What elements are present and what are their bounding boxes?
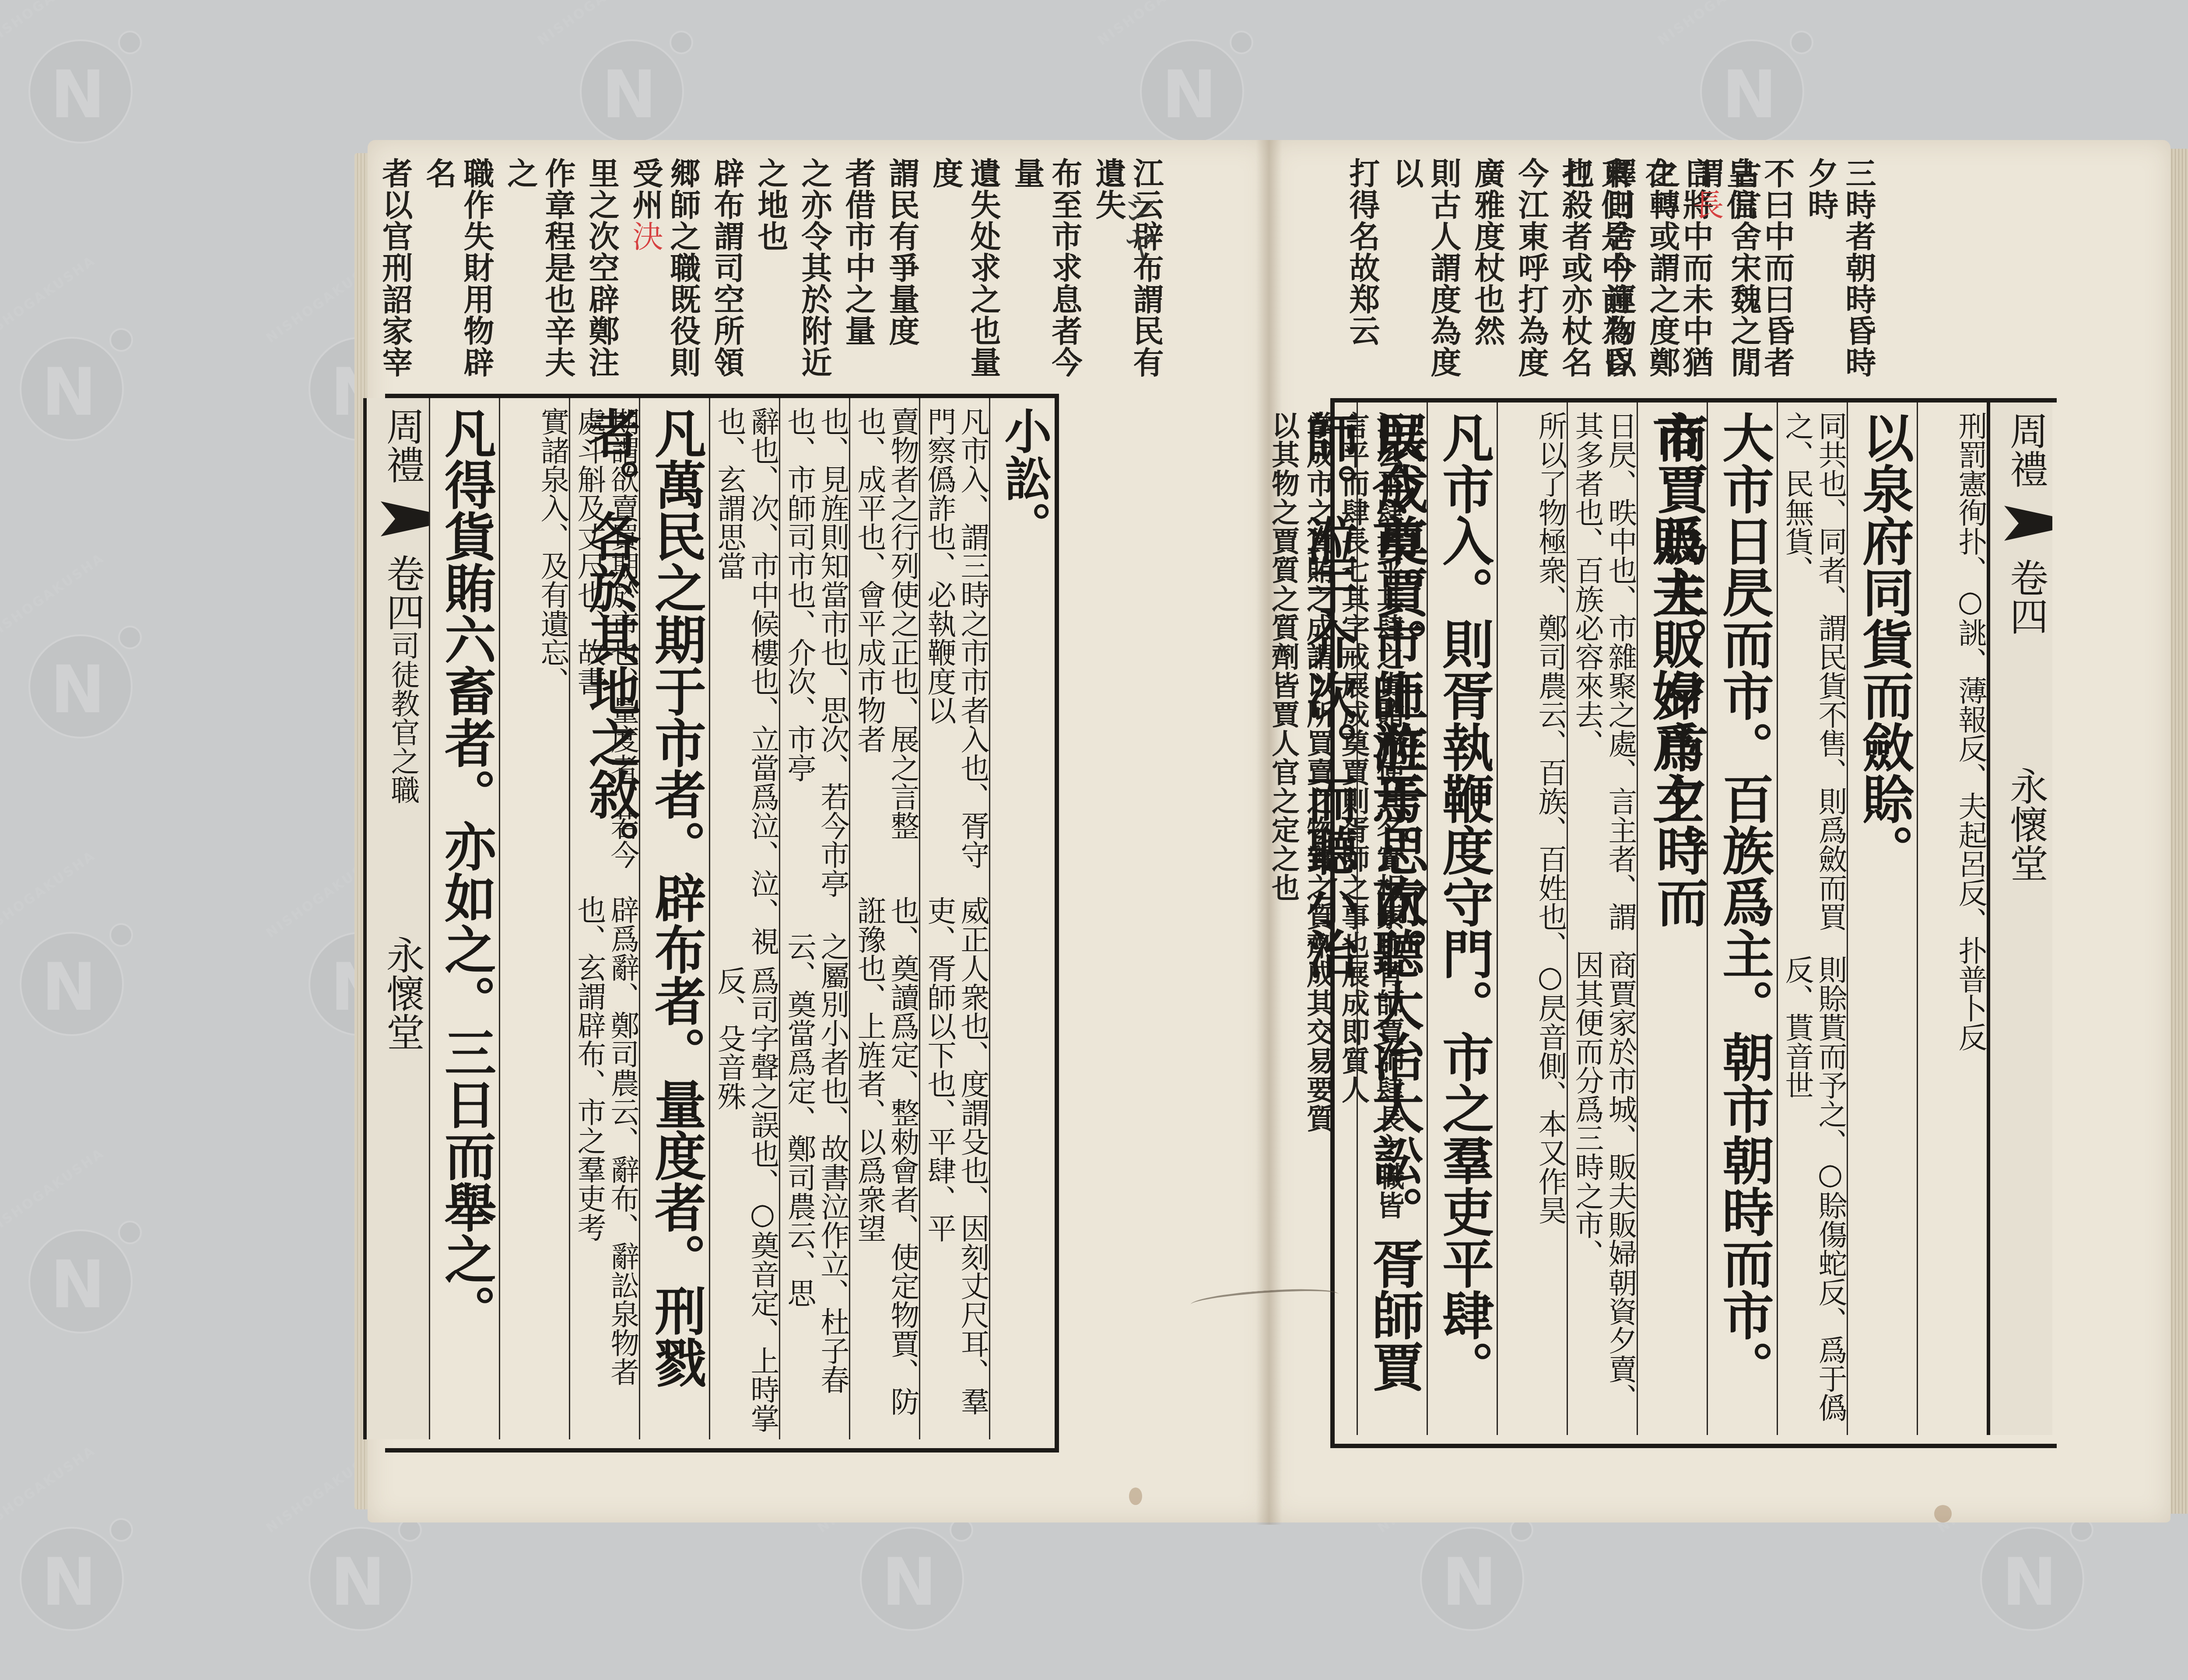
watermark-text: NISHOGAKUSHA (0, 550, 107, 644)
volume-label: 卷四 (367, 554, 429, 631)
paper-stain (1129, 1487, 1142, 1505)
watermark-text: NISHOGAKUSHA (1095, 0, 1219, 49)
watermark-disc-icon (20, 1527, 124, 1631)
watermark-text: NISHOGAKUSHA (535, 0, 659, 49)
margin-title-column: 周禮卷四永懷堂 (1987, 402, 2052, 1435)
handwritten-note-column: 今江東呼打為度 (1512, 157, 1550, 402)
watermark-letter: N (330, 1544, 386, 1620)
watermark-disc-icon (1980, 1527, 2084, 1631)
watermark-letter: N (602, 57, 657, 133)
main-text-column: 以泉府同貨而斂賒。 (1847, 402, 1917, 1435)
watermark-text: NISHOGAKUSHA (0, 848, 98, 941)
commentary-line: 則賒貰而予之、○賒傷蛇反、爲于僞反、貰音世 (1778, 955, 1847, 1435)
watermark-letter: N (42, 354, 97, 430)
section-heading: 小訟。 (989, 398, 1055, 1439)
watermark-letter: N (42, 949, 97, 1025)
watermark-letter: N (1162, 57, 1217, 133)
handwritten-note-column: 職作失財用物辟名 (420, 157, 495, 394)
margin-title-column: 周禮卷四司徒教官之職永懷堂 (363, 398, 429, 1439)
commentary-column: 凡市入、謂三時之市市者入也、胥守門察僞詐也、必執鞭度以威正人衆也、度謂殳也、因刻… (919, 398, 989, 1439)
commentary-column: 所以了物極衆、鄭司農云、百族、百姓也、○昃音側、本又作昊 (1497, 402, 1567, 1435)
watermark-text: NISHOGAKUSHA (0, 1443, 98, 1536)
commentary-line: 商賈家於市城、販夫販婦朝資夕賣、因其便而分爲三時之市、 (1568, 950, 1637, 1435)
commentary-line: 百姓也、○昃音側、本又作昊 (1498, 844, 1567, 1225)
handwritten-note-column: 作章程是也辛夫之 (501, 157, 577, 394)
watermark-logo: NNISHOGAKUSHA (0, 1496, 144, 1641)
book-title: 周禮 (367, 407, 429, 484)
watermark-dot-icon (118, 626, 142, 649)
watermark-logo: NNISHOGAKUSHA (9, 9, 153, 153)
handwritten-note-column: 古言舍宋魏之閒謂長 (1687, 157, 1763, 402)
gutter-kana-note: シヤ (1112, 188, 1164, 262)
handwritten-note-column: 辟布謂司空所領 (708, 157, 746, 394)
book-title: 周禮 (1990, 411, 2052, 488)
paper-stain (1934, 1505, 1952, 1522)
watermark-letter: N (2002, 1544, 2057, 1620)
red-annotation-mark: 決 (628, 220, 663, 252)
volume-label: 卷四 (1990, 558, 2052, 635)
handwritten-note-column: 則古人謂度為度以 (1387, 157, 1462, 402)
watermark-dot-icon (118, 31, 142, 54)
main-text-column: 大市日昃而市。百族爲主。朝市朝時而市。商賈爲主。夕市夕時而 (1707, 402, 1777, 1435)
handwritten-note-column: 謂民有爭量度 (883, 157, 921, 394)
watermark-logo: NNISHOGAKUSHA (0, 901, 144, 1046)
watermark-disc-icon (580, 39, 684, 143)
handwritten-note-column: 遺失处求之也量度 (927, 157, 1002, 394)
commentary-line: 及有遺忘、 (500, 551, 569, 696)
commentary-column: 實諸泉入、及有遺忘、 (499, 398, 569, 1439)
handwritten-note-column: 之轉或謂之度鄭 (1644, 157, 1681, 402)
watermark-letter: N (42, 1544, 97, 1620)
commentary-line: 實諸泉入、 (500, 407, 569, 551)
handwritten-note-column: 之地也 (752, 157, 789, 394)
watermark-disc-icon (28, 39, 133, 143)
main-text-column: 凡萬民之期于市者。辟布者。量度者。刑戮者。各於其地之敘。 (639, 398, 709, 1439)
photo-stage: NNISHOGAKUSHANNISHOGAKUSHANNISHOGAKUSHAN… (0, 0, 2188, 1680)
section-label: 司徒教官之職 (367, 631, 429, 804)
main-text-column: 凡市入。則胥執鞭度守門。市之羣吏平肆。展成奠賈。上旌于思次。 (1427, 402, 1497, 1435)
watermark-disc-icon (1700, 39, 1804, 143)
watermark-logo: NNISHOGAKUSHA (9, 604, 153, 748)
watermark-dot-icon (1790, 31, 1813, 54)
watermark-dot-icon (670, 31, 693, 54)
main-text-column: 凡得貨賄六畜者。亦如之。三日而舉之。 (429, 398, 499, 1439)
commentary-line: 之屬別小者也、故書泣作立、杜子春云、奠當爲定、鄭司農云、思 (780, 932, 849, 1439)
fishtail-mark-icon (2004, 506, 2052, 541)
commentary-column: 也、見旌則知當市也、思次、若今市亭也、市師司市也、介次、市亭之屬別小者也、故書泣… (779, 398, 849, 1439)
left-page: 江云辟布謂民有遺失布至市求息者今量遺失处求之也量度謂民有爭量度者借市中之量之亦令… (368, 140, 1269, 1522)
commentary-column: 辭也、次、市中候樓也、立當爲泣、泣、視也、玄謂思當爲司字聲之誤也、○奠音定、上時… (709, 398, 779, 1439)
commentary-line: 同共也、同者、謂民貨不售、則爲斂而買之、民無貨、 (1778, 411, 1847, 955)
right-page-top-notes-left: 古言舍宋魏之閒謂長之轉或謂之度鄭釋曰舍今運物以打殺者或亦杖名今江東呼打為度廣雅度… (1343, 157, 1763, 402)
watermark-logo: NNISHOGAKUSHA (1120, 9, 1265, 153)
handwritten-note-column: 者以官刑詔家宰 (376, 157, 414, 394)
commentary-column: 同共也、同者、謂民貨不售、則爲斂而買之、民無貨、則賒貰而予之、○賒傷蛇反、爲于僞… (1777, 402, 1847, 1435)
watermark-logo: NNISHOGAKUSHA (0, 306, 144, 451)
commentary-line: 威正人衆也、度謂殳也、因刻丈尺耳、羣吏、胥師以下也、平肆、平 (920, 896, 989, 1439)
right-page-columns: 周禮卷四永懷堂刑罰憲徇扑、○誂、薄報反、夫起呂反、扑普卜反以泉府同貨而斂賒。同共… (1335, 402, 2052, 1435)
watermark-text: NISHOGAKUSHA (0, 0, 107, 49)
commentary-line: 爲司字聲之誤也、○奠音定、上時掌反、殳音殊 (710, 966, 779, 1439)
watermark-letter: N (50, 1247, 105, 1323)
watermark-letter: N (50, 57, 105, 133)
watermark-logo: NNISHOGAKUSHA (560, 9, 705, 153)
open-book: 江云辟布謂民有遺失布至市求息者今量遺失处求之也量度謂民有爭量度者借市中之量之亦令… (368, 140, 2175, 1527)
watermark-disc-icon (20, 337, 124, 441)
handwritten-note-column: 三時者朝時昏時夕時 (1802, 157, 1877, 402)
red-annotation-mark: 長 (1688, 189, 1724, 220)
watermark-disc-icon (28, 1229, 133, 1333)
commentary-column: 日昃、昳中也、市雜聚之處、言主者、謂其多者也、百族必容來去、商賈家於市城、販夫販… (1567, 402, 1637, 1435)
commentary-line: 辭也、次、市中候樓也、立當爲泣、泣、視也、玄謂思當 (710, 407, 779, 966)
handwritten-note-column: 廣雅度杖也然 (1469, 157, 1506, 402)
handwritten-note-column: 以其物之賈質之質劑皆賈人官之定之也 (1267, 411, 1299, 1505)
watermark-dot-icon (118, 1221, 142, 1244)
left-page-columns: 小訟。凡市入、謂三時之市市者入也、胥守門察僞詐也、必執鞭度以威正人衆也、度謂殳也… (385, 398, 1055, 1439)
publisher-mark: 永懷堂 (367, 935, 429, 1051)
fishtail-mark-icon (381, 501, 429, 536)
commentary-column: 刑罰憲徇扑、○誂、薄報反、夫起呂反、扑普卜反 (1917, 402, 1987, 1435)
commentary-line: 所以了物極衆、鄭司農云、百族、 (1498, 411, 1567, 844)
watermark-disc-icon (309, 1527, 413, 1631)
watermark-dot-icon (109, 1518, 133, 1542)
watermark-disc-icon (28, 634, 133, 738)
handwritten-note-column: 打殺者或亦杖名 (1556, 157, 1594, 402)
commentary-line: 也、見旌則知當市也、思次、若今市亭也、市師司市也、介次、市亭 (780, 407, 849, 932)
commentary-line: 日昃、昳中也、市雜聚之處、言主者、謂其多者也、百族必容來去、 (1568, 411, 1637, 950)
commentary-line: 刑罰憲徇扑、○誂、薄報 (1918, 411, 1987, 734)
commentary-line: 也、奠讀爲定、整勑會者、使定物賈、防誑豫也、上旌者、以爲衆望 (850, 896, 919, 1439)
watermark-disc-icon (1420, 1527, 1524, 1631)
handwritten-note-column: 打得名故郑云 (1343, 157, 1381, 402)
watermark-disc-icon (860, 1527, 964, 1631)
watermark-text: NISHOGAKUSHA (1655, 0, 1779, 49)
watermark-disc-icon (1140, 39, 1244, 143)
watermark-text: NISHOGAKUSHA (0, 253, 98, 346)
publisher-mark: 永懷堂 (1990, 766, 2052, 882)
watermark-logo: NNISHOGAKUSHA (1680, 9, 1825, 153)
watermark-letter: N (1722, 57, 1777, 133)
handwritten-note-column: 者借市中之量 (839, 157, 877, 394)
commentary-line: 辟爲辭、鄭司農云、辭布、辭訟泉物者也、玄謂辟布、市之羣吏考 (570, 895, 639, 1439)
commentary-line: 反、夫起呂反、扑普卜反 (1918, 734, 1987, 1051)
handwritten-note-column: 里之次空辟鄭注 (583, 157, 621, 394)
watermark-text: NISHOGAKUSHA (0, 1145, 107, 1239)
commentary-column: 賣物者之行列使之正也、展之言整也、成平也、會平成市物者也、奠讀爲定、整勑會者、使… (849, 398, 919, 1439)
handwritten-note-column: 郷師之職既役則受州決 (627, 157, 702, 394)
handwritten-note-column: 布至市求息者今量 (1008, 157, 1083, 394)
handwritten-note-column: 釋曰舍今運物以 (1600, 157, 1637, 402)
commentary-line: 賣物者之行列使之正也、展之言整也、成平也、會平成市物者 (850, 407, 919, 896)
watermark-letter: N (1442, 1544, 1497, 1620)
watermark-disc-icon (20, 932, 124, 1036)
watermark-letter: N (50, 652, 105, 728)
commentary-line: 凡市入、謂三時之市市者入也、胥守門察僞詐也、必執鞭度以 (920, 407, 989, 896)
handwritten-note-column: 之亦令其於附近 (796, 157, 833, 394)
watermark-dot-icon (109, 328, 133, 352)
left-page-top-notes: 江云辟布謂民有遺失布至市求息者今量遺失处求之也量度謂民有爭量度者借市中之量之亦令… (376, 157, 1165, 394)
watermark-logo: NNISHOGAKUSHA (9, 1199, 153, 1343)
watermark-dot-icon (109, 923, 133, 947)
watermark-dot-icon (1230, 31, 1253, 54)
watermark-letter: N (882, 1544, 937, 1620)
